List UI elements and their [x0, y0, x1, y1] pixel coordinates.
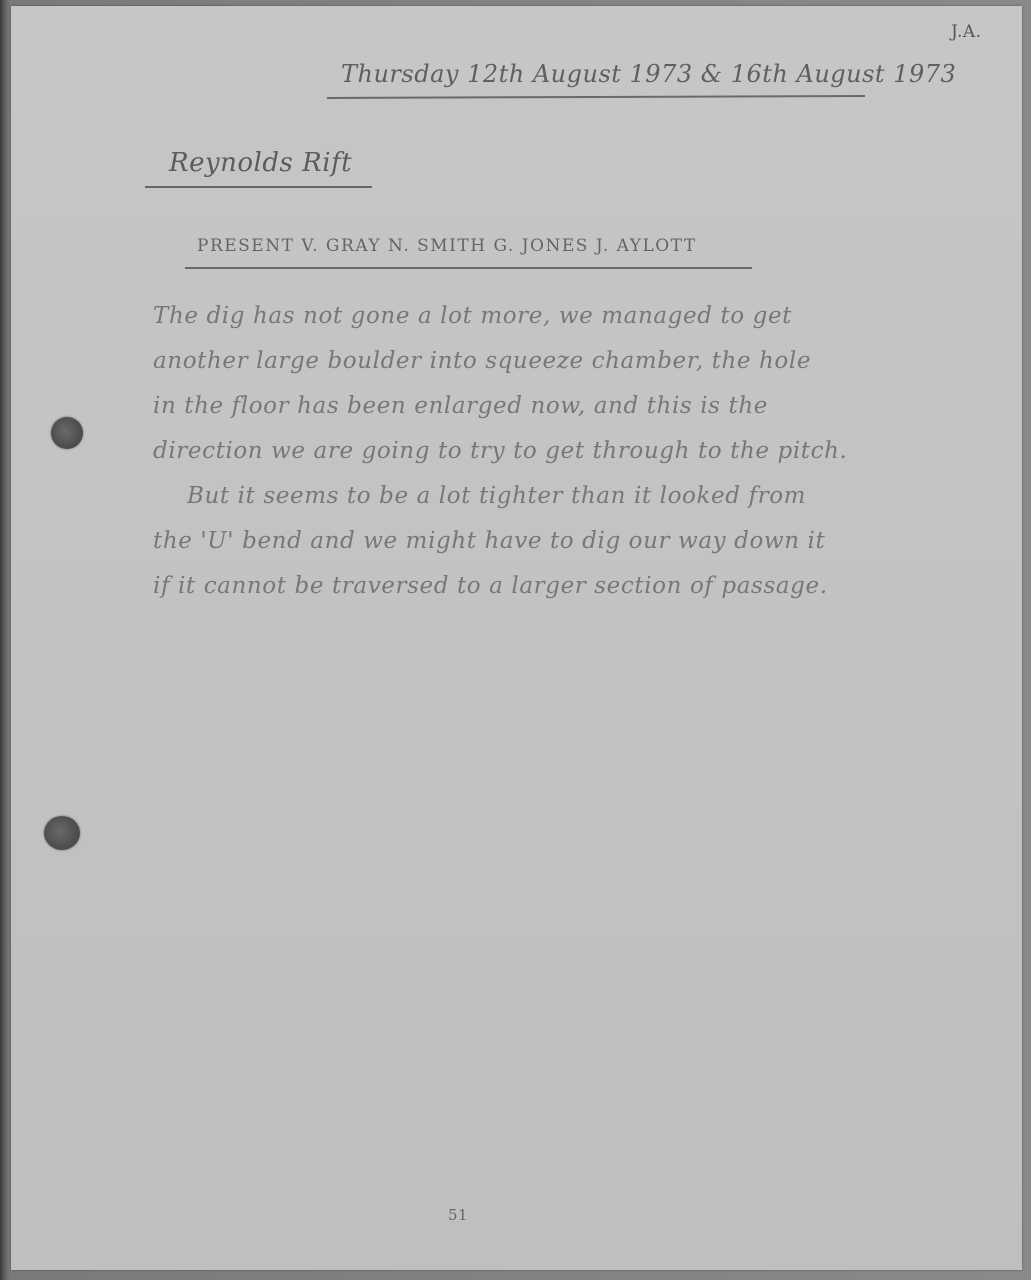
- body-line: another large boulder into squeeze chamb…: [153, 339, 1003, 384]
- attendees-line: PRESENT V. GRAY N. SMITH G. JONES J. AYL…: [197, 236, 697, 256]
- body-line: direction we are going to try to get thr…: [153, 429, 1003, 474]
- page-number: 51: [448, 1206, 468, 1224]
- date-underline: [327, 95, 865, 99]
- site-title: Reynolds Rift: [169, 148, 352, 178]
- punch-hole-icon: [44, 816, 80, 850]
- site-title-underline: [145, 186, 372, 188]
- paper-sheet: J.A. Thursday 12th August 1973 & 16th Au…: [11, 6, 1022, 1270]
- body-line: But it seems to be a lot tighter than it…: [153, 474, 1003, 519]
- body-line: the 'U' bend and we might have to dig ou…: [153, 519, 1003, 564]
- body-line: in the floor has been enlarged now, and …: [153, 384, 1003, 429]
- punch-hole-icon: [51, 417, 83, 449]
- attendees-underline: [185, 267, 752, 269]
- body-line: The dig has not gone a lot more, we mana…: [153, 294, 1003, 339]
- author-initials: J.A.: [951, 22, 982, 42]
- body-line: if it cannot be traversed to a larger se…: [153, 564, 1003, 609]
- log-entry-body: The dig has not gone a lot more, we mana…: [153, 294, 1003, 609]
- date-heading: Thursday 12th August 1973 & 16th August …: [341, 60, 956, 88]
